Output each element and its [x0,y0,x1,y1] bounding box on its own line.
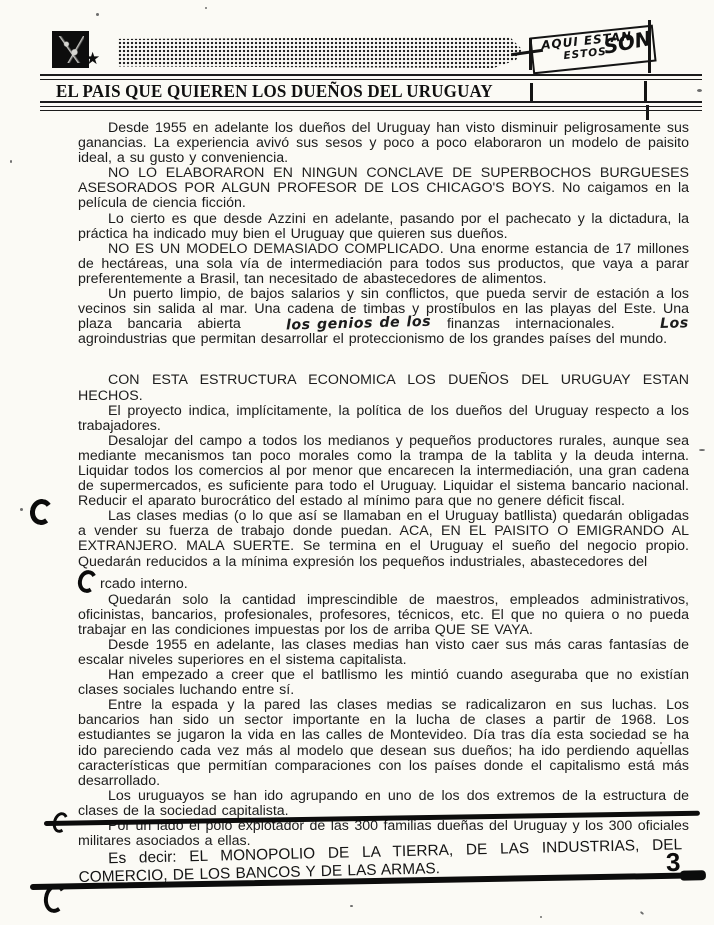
paragraph: CON ESTA ESTRUCTURA ECONOMICA LOS DUEÑOS… [78,373,689,403]
text-segment: Desde 1955 en adelante, las clases media… [78,637,689,668]
handwritten-c-mark [76,568,100,595]
text-segment: Quedarán solo la cantidad imprescindible… [78,592,689,638]
scan-speck [10,160,12,163]
text-segment: agroindustrias que permitan desarrollar … [78,331,667,347]
paragraph: Entre la espada y la pared las clases me… [78,698,689,789]
page-title: EL PAIS QUE QUIEREN LOS DUEÑOS DEL URUGU… [56,81,493,102]
handwritten-stroke [646,105,649,120]
paragraph: Lo cierto es que desde Azzini en adelant… [78,212,689,242]
text-segment: NO LO ELABORARON EN NINGUN CONCLAVE DE S… [78,165,689,211]
star-icon: ★ [85,49,100,69]
text-segment: rcado interno. [100,576,188,592]
header-rule [40,110,702,111]
text-segment: El proyecto indica, implícitamente, la p… [78,403,689,434]
paragraph: Quedarán solo la cantidad imprescindible… [78,593,689,638]
scan-speck [20,508,23,511]
handwritten-stroke [529,38,532,70]
body-text: Desde 1955 en adelante los dueños del Ur… [78,121,689,849]
text-segment: Desalojar del campo a todos los medianos… [78,433,689,509]
scan-speck [540,916,542,918]
handwritten-annotation-box: AQUI ESTAN ESTOS SON [529,25,656,75]
text-segment: CON ESTA ESTRUCTURA ECONOMICA LOS DUEÑOS… [78,372,689,403]
text-segment: finanzas internacionales. [431,316,630,332]
text-segment: Lo cierto es que desde Azzini en adelant… [78,211,689,242]
paragraph: Las clases medias (o lo que así se llama… [78,509,689,569]
scanned-document-page: ★ AQUI ESTAN ESTOS SON EL PAIS QUE QUIER… [0,0,714,925]
paragraph: Desde 1955 en adelante, las clases media… [78,638,689,668]
scan-speck [660,742,662,744]
paragraph: Un puerto limpio, de bajos salarios y si… [78,287,689,347]
text-segment: Entre la espada y la pared las clases me… [78,697,689,788]
handwritten-text: Los [630,316,689,333]
scan-speck [350,905,353,907]
paragraph: Desalojar del campo a todos los medianos… [78,434,689,509]
handwritten-c-mark [28,498,54,527]
paragraph: Han empezado a creer que el batllismo le… [78,668,689,698]
handwritten-stroke [644,81,647,101]
header-rule [40,106,702,107]
handwritten-stroke [530,83,533,101]
scan-speck [697,89,702,92]
header-rule [40,101,702,103]
paragraph: NO ES UN MODELO DEMASIADO COMPLICADO. Un… [78,242,689,287]
text-segment: Las clases medias (o lo que así se llama… [78,508,689,569]
paragraph: NO LO ELABORARON EN NINGUN CONCLAVE DE S… [78,166,689,211]
text-segment: NO ES UN MODELO DEMASIADO COMPLICADO. Un… [78,241,689,287]
handwritten-stroke [648,20,651,73]
halftone-band [118,37,522,68]
scan-speck [640,911,644,915]
text-segment: Desde 1955 en adelante los dueños del Ur… [78,120,689,166]
paragraph: rcado interno. [78,570,689,593]
paragraph: Desde 1955 en adelante los dueños del Ur… [78,121,689,166]
header-rule [40,74,702,76]
scan-speck [96,13,99,16]
publication-stamp-logo [52,31,89,68]
scan-speck [205,7,207,9]
scan-speck [699,449,705,451]
paragraph: El proyecto indica, implícitamente, la p… [78,404,689,434]
text-segment: Han empezado a creer que el batllismo le… [78,667,689,698]
